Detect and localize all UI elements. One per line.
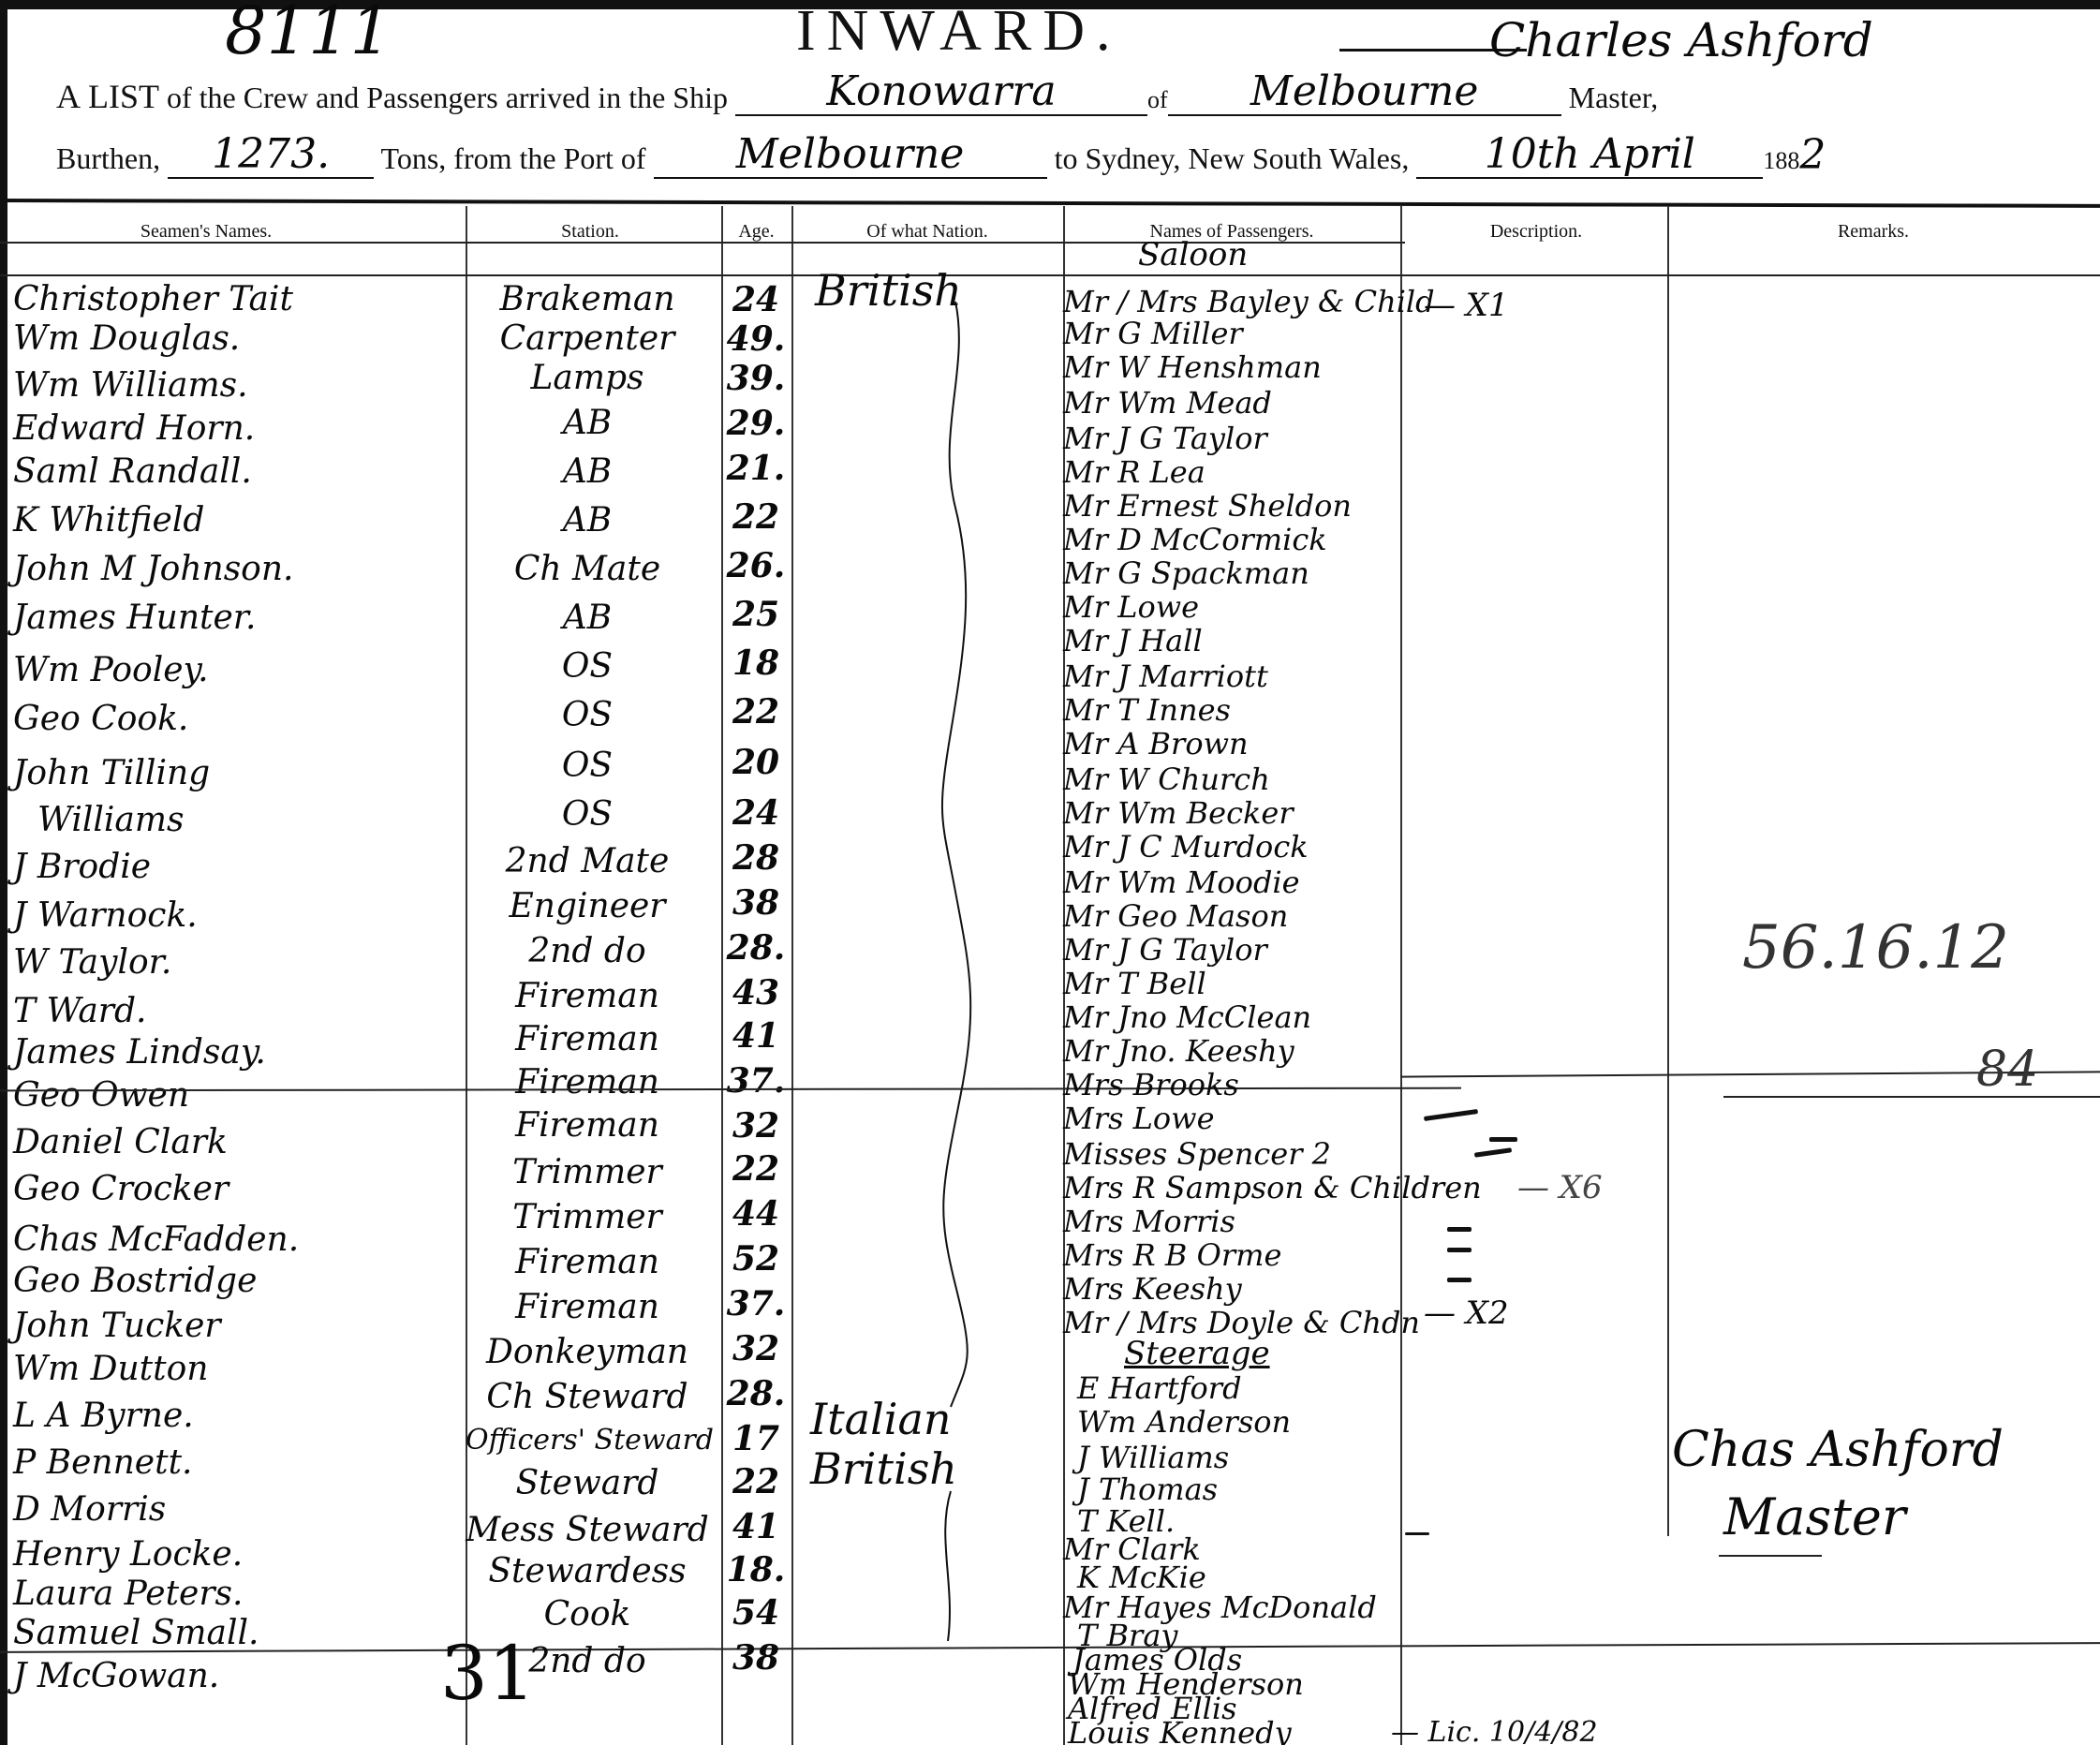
passenger-name: Mr A Brown — [1063, 725, 1249, 762]
remarks-rule — [1723, 1096, 2100, 1098]
crew-name: Samuel Small. — [13, 1615, 259, 1652]
passenger-name: Mrs Keeshy — [1063, 1270, 1242, 1308]
crew-station: Mess Steward — [466, 1512, 709, 1549]
ship-name: Konowarra — [735, 71, 1147, 112]
passenger-description: — X6 — [1517, 1169, 1603, 1206]
passenger-name: Mrs R B Orme — [1063, 1236, 1281, 1274]
column-header-description: Description. — [1442, 221, 1630, 243]
steerage-class-label: Steerage — [1124, 1335, 1270, 1372]
license-note: — Lic. 10/4/82 — [1391, 1716, 1598, 1745]
tally-mark — [1474, 1147, 1512, 1158]
label-tons-from-port: Tons, from the Port of — [381, 141, 646, 175]
crew-age: 22 — [723, 1463, 789, 1501]
passenger-name: Mr J C Murdock — [1063, 828, 1309, 865]
crew-age: 18. — [723, 1551, 789, 1589]
crew-station: AB — [466, 453, 709, 491]
from-port: Melbourne — [654, 134, 1047, 175]
crew-passenger-list-document: 8111 INWARD. Charles Ashford A LIST of t… — [0, 0, 2100, 1745]
passenger-name: Mr Jno. Keeshy — [1063, 1032, 1294, 1070]
crew-name: Laura Peters. — [13, 1575, 243, 1613]
column-header-nation: Of what Nation. — [824, 221, 1030, 243]
crew-station: 2nd do — [466, 933, 709, 970]
column-header-bottom-rule — [0, 274, 2100, 276]
crew-name: James Lindsay. — [13, 1034, 266, 1072]
cabin-class-label: Saloon — [1138, 236, 1248, 274]
crew-station: AB — [466, 405, 709, 442]
burthen-value: 1273. — [168, 134, 374, 175]
master-signature: Chas Ashford — [1672, 1422, 2004, 1478]
crew-name: D Morris — [13, 1491, 166, 1529]
crew-station: Donkeyman — [466, 1334, 709, 1371]
crew-age: 24 — [723, 794, 789, 832]
crew-name: Wm Williams. — [13, 367, 248, 405]
crew-name: John Tilling — [13, 755, 210, 792]
crew-station: Steward — [466, 1465, 709, 1502]
tally-mark — [1447, 1278, 1471, 1282]
label-to-sydney: to Sydney, New South Wales, — [1055, 141, 1410, 175]
crew-age: 54 — [723, 1594, 789, 1632]
crew-station: Engineer — [466, 888, 709, 925]
crew-name: James Hunter. — [13, 599, 257, 637]
crew-name: J McGowan. — [13, 1658, 219, 1695]
scan-border-left — [0, 0, 7, 1745]
crew-station: Carpenter — [466, 320, 709, 358]
arrival-date-field: 10th April — [1416, 145, 1763, 179]
passenger-name: Mr J G Taylor — [1063, 420, 1267, 457]
passenger-name: Mrs R Sampson & Children — [1063, 1169, 1482, 1206]
passenger-name: Mr J Hall — [1063, 622, 1203, 659]
crew-age: 24 — [723, 281, 789, 318]
remarks-count: 84 — [1976, 1042, 2038, 1098]
signature-underline — [1719, 1555, 1822, 1557]
passenger-name: Mr Ernest Sheldon — [1063, 487, 1352, 525]
column-divider-remarks — [1667, 206, 1669, 1536]
ship-registry-field: Melbourne — [1168, 82, 1561, 116]
header-line-ship: A LIST of the Crew and Passengers arrive… — [56, 77, 1658, 116]
crew-name: Geo Owen — [13, 1077, 189, 1115]
crew-station: Brakeman — [466, 281, 709, 318]
ditto-wavy-line — [927, 292, 983, 1641]
column-header-seamen-names: Seamen's Names. — [112, 221, 300, 243]
crew-name: Wm Pooley. — [13, 652, 209, 689]
crew-station: Trimmer — [466, 1199, 709, 1236]
crew-name: Chas McFadden. — [13, 1221, 299, 1259]
crew-name: Christopher Tait — [13, 281, 293, 318]
crew-station: Cook — [466, 1596, 709, 1634]
column-divider-nation — [791, 206, 793, 1745]
folio-number: 8111 — [225, 0, 392, 69]
tally-mark — [1447, 1248, 1471, 1252]
crew-station: Officers' Steward — [466, 1422, 709, 1459]
passenger-name: E Hartford — [1077, 1369, 1242, 1407]
passenger-description: — X1 — [1424, 287, 1509, 324]
crew-name: Geo Bostridge — [13, 1263, 257, 1300]
passenger-name: Mr W Henshman — [1063, 348, 1322, 386]
crew-station: Lamps — [466, 360, 709, 397]
passenger-name: Misses Spencer 2 — [1063, 1135, 1331, 1173]
crew-age: 22 — [723, 1150, 789, 1188]
passenger-name: Mr Lowe — [1063, 588, 1199, 626]
crew-name: Geo Crocker — [13, 1171, 229, 1208]
passenger-name: Mr Wm Mead — [1063, 384, 1272, 421]
tally-mark — [1405, 1532, 1429, 1535]
label-burthen: Burthen, — [56, 141, 160, 175]
crew-name: T Ward. — [13, 993, 147, 1030]
column-header-age: Age. — [726, 221, 787, 243]
crew-station: Fireman — [466, 1244, 709, 1281]
year-suffix: 2 — [1799, 131, 1826, 179]
column-header-remarks: Remarks. — [1780, 221, 1967, 243]
passenger-name: Mr D McCormick — [1063, 521, 1327, 558]
master-signature-role: Master — [1723, 1487, 1906, 1546]
crew-station: Fireman — [466, 978, 709, 1015]
burthen-field: 1273. — [168, 145, 374, 179]
crew-age: 22 — [723, 498, 789, 536]
passenger-name: Mr Jno McClean — [1063, 998, 1311, 1036]
crew-age: 21. — [723, 450, 789, 487]
from-port-field: Melbourne — [654, 145, 1047, 179]
crew-station: Ch Steward — [466, 1379, 709, 1416]
passenger-name: Mr Geo Mason — [1063, 897, 1288, 935]
passenger-name: Mr J G Taylor — [1063, 931, 1267, 969]
crew-age: 38 — [723, 1639, 789, 1677]
passenger-name: Wm Anderson — [1077, 1403, 1291, 1441]
ship-port-of-registry: Melbourne — [1168, 71, 1561, 112]
crew-total: 31 — [440, 1630, 536, 1717]
crew-name: W Taylor. — [13, 944, 171, 982]
crew-name: John Tucker — [13, 1308, 221, 1345]
crew-age: 28. — [723, 929, 789, 967]
page-title: INWARD. — [796, 0, 1121, 65]
crew-name: P Bennett. — [13, 1444, 192, 1482]
ship-name-field: Konowarra — [735, 82, 1147, 116]
passenger-name: Mr G Spackman — [1063, 555, 1309, 592]
crew-station: Fireman — [466, 1289, 709, 1326]
crew-age: 26. — [723, 547, 789, 584]
crew-name: Edward Horn. — [13, 410, 255, 448]
passenger-name: Mr R Lea — [1063, 453, 1205, 491]
header-line-voyage: Burthen, 1273. Tons, from the Port of Me… — [56, 131, 1826, 179]
crew-station: OS — [466, 697, 709, 734]
arrival-date: 10th April — [1416, 134, 1763, 175]
crew-station: AB — [466, 502, 709, 540]
master-name: Charles Ashford — [1489, 13, 1873, 67]
crew-station: Fireman — [466, 1021, 709, 1058]
crew-age: 37. — [723, 1285, 789, 1323]
crew-age: 22 — [723, 693, 789, 731]
crew-age: 41 — [723, 1508, 789, 1545]
crew-name: Wm Dutton — [13, 1351, 208, 1388]
crew-station: OS — [466, 796, 709, 834]
crew-age: 41 — [723, 1017, 789, 1055]
crew-station: OS — [466, 648, 709, 686]
crew-name: John M Johnson. — [13, 551, 293, 588]
crew-age: 20 — [723, 744, 789, 781]
crew-age: 25 — [723, 596, 789, 633]
crew-name: K Whitfield — [13, 502, 204, 540]
section-rule — [0, 1642, 2100, 1652]
passenger-name: Mrs Lowe — [1063, 1100, 1215, 1137]
remarks-amount: 56.16.12 — [1742, 913, 2009, 983]
crew-age: 44 — [723, 1195, 789, 1233]
passenger-name: Mr G Miller — [1063, 315, 1243, 352]
passenger-name: Mr J Marriott — [1063, 658, 1268, 695]
label-crew-passengers: of the Crew and Passengers arrived in th… — [167, 81, 728, 114]
crew-name: Saml Randall. — [13, 453, 252, 491]
crew-age: 28 — [723, 839, 789, 877]
passenger-name: Mrs Morris — [1063, 1203, 1235, 1240]
crew-station: Trimmer — [466, 1154, 709, 1191]
passenger-name: Mrs Brooks — [1063, 1066, 1239, 1103]
crew-name: Williams — [37, 802, 185, 839]
label-of: of — [1147, 86, 1168, 113]
crew-age: 17 — [723, 1420, 789, 1457]
crew-name: Wm Douglas. — [13, 320, 240, 358]
crew-name: Geo Cook. — [13, 701, 188, 738]
passenger-name: Mr Wm Becker — [1063, 794, 1294, 832]
crew-age: 37. — [723, 1062, 789, 1100]
tally-mark — [1489, 1137, 1517, 1142]
crew-age: 43 — [723, 974, 789, 1012]
passenger-name: Louis Kennedy — [1068, 1714, 1292, 1745]
label-master: Master, — [1569, 81, 1659, 114]
crew-name: Henry Locke. — [13, 1536, 243, 1574]
label-a: A — [56, 78, 81, 115]
tally-mark — [1447, 1227, 1471, 1232]
crew-age: 39. — [723, 360, 789, 397]
crew-age: 29. — [723, 405, 789, 442]
crew-name: J Brodie — [13, 849, 151, 886]
crew-age: 52 — [723, 1240, 789, 1278]
crew-age: 49. — [723, 320, 789, 358]
crew-age: 18 — [723, 644, 789, 682]
column-header-station: Station. — [525, 221, 656, 243]
crew-station: Ch Mate — [466, 551, 709, 588]
crew-station: OS — [466, 747, 709, 785]
passenger-description: — X2 — [1424, 1294, 1509, 1332]
header-divider — [0, 199, 2100, 208]
crew-age: 32 — [723, 1107, 789, 1145]
year-prefix: 188 — [1763, 147, 1799, 174]
crew-name: L A Byrne. — [13, 1397, 194, 1435]
label-list: LIST — [88, 78, 159, 115]
passenger-name: Mr W Church — [1063, 761, 1270, 798]
crew-age: 28. — [723, 1375, 789, 1412]
crew-station: Stewardess — [466, 1553, 709, 1590]
crew-station: AB — [466, 599, 709, 637]
crew-station: Fireman — [466, 1064, 709, 1102]
crew-age: 32 — [723, 1330, 789, 1368]
passenger-name: Mr T Innes — [1063, 691, 1231, 729]
passenger-name: Mr T Bell — [1063, 965, 1206, 1002]
passenger-name: Mr Wm Moodie — [1063, 864, 1300, 901]
crew-name: Daniel Clark — [13, 1124, 228, 1161]
tally-mark — [1424, 1109, 1478, 1121]
crew-age: 38 — [723, 884, 789, 922]
column-divider-description — [1400, 206, 1402, 1745]
crew-name: J Warnock. — [13, 897, 198, 935]
crew-station: Fireman — [466, 1107, 709, 1145]
crew-station: 2nd Mate — [466, 843, 709, 880]
